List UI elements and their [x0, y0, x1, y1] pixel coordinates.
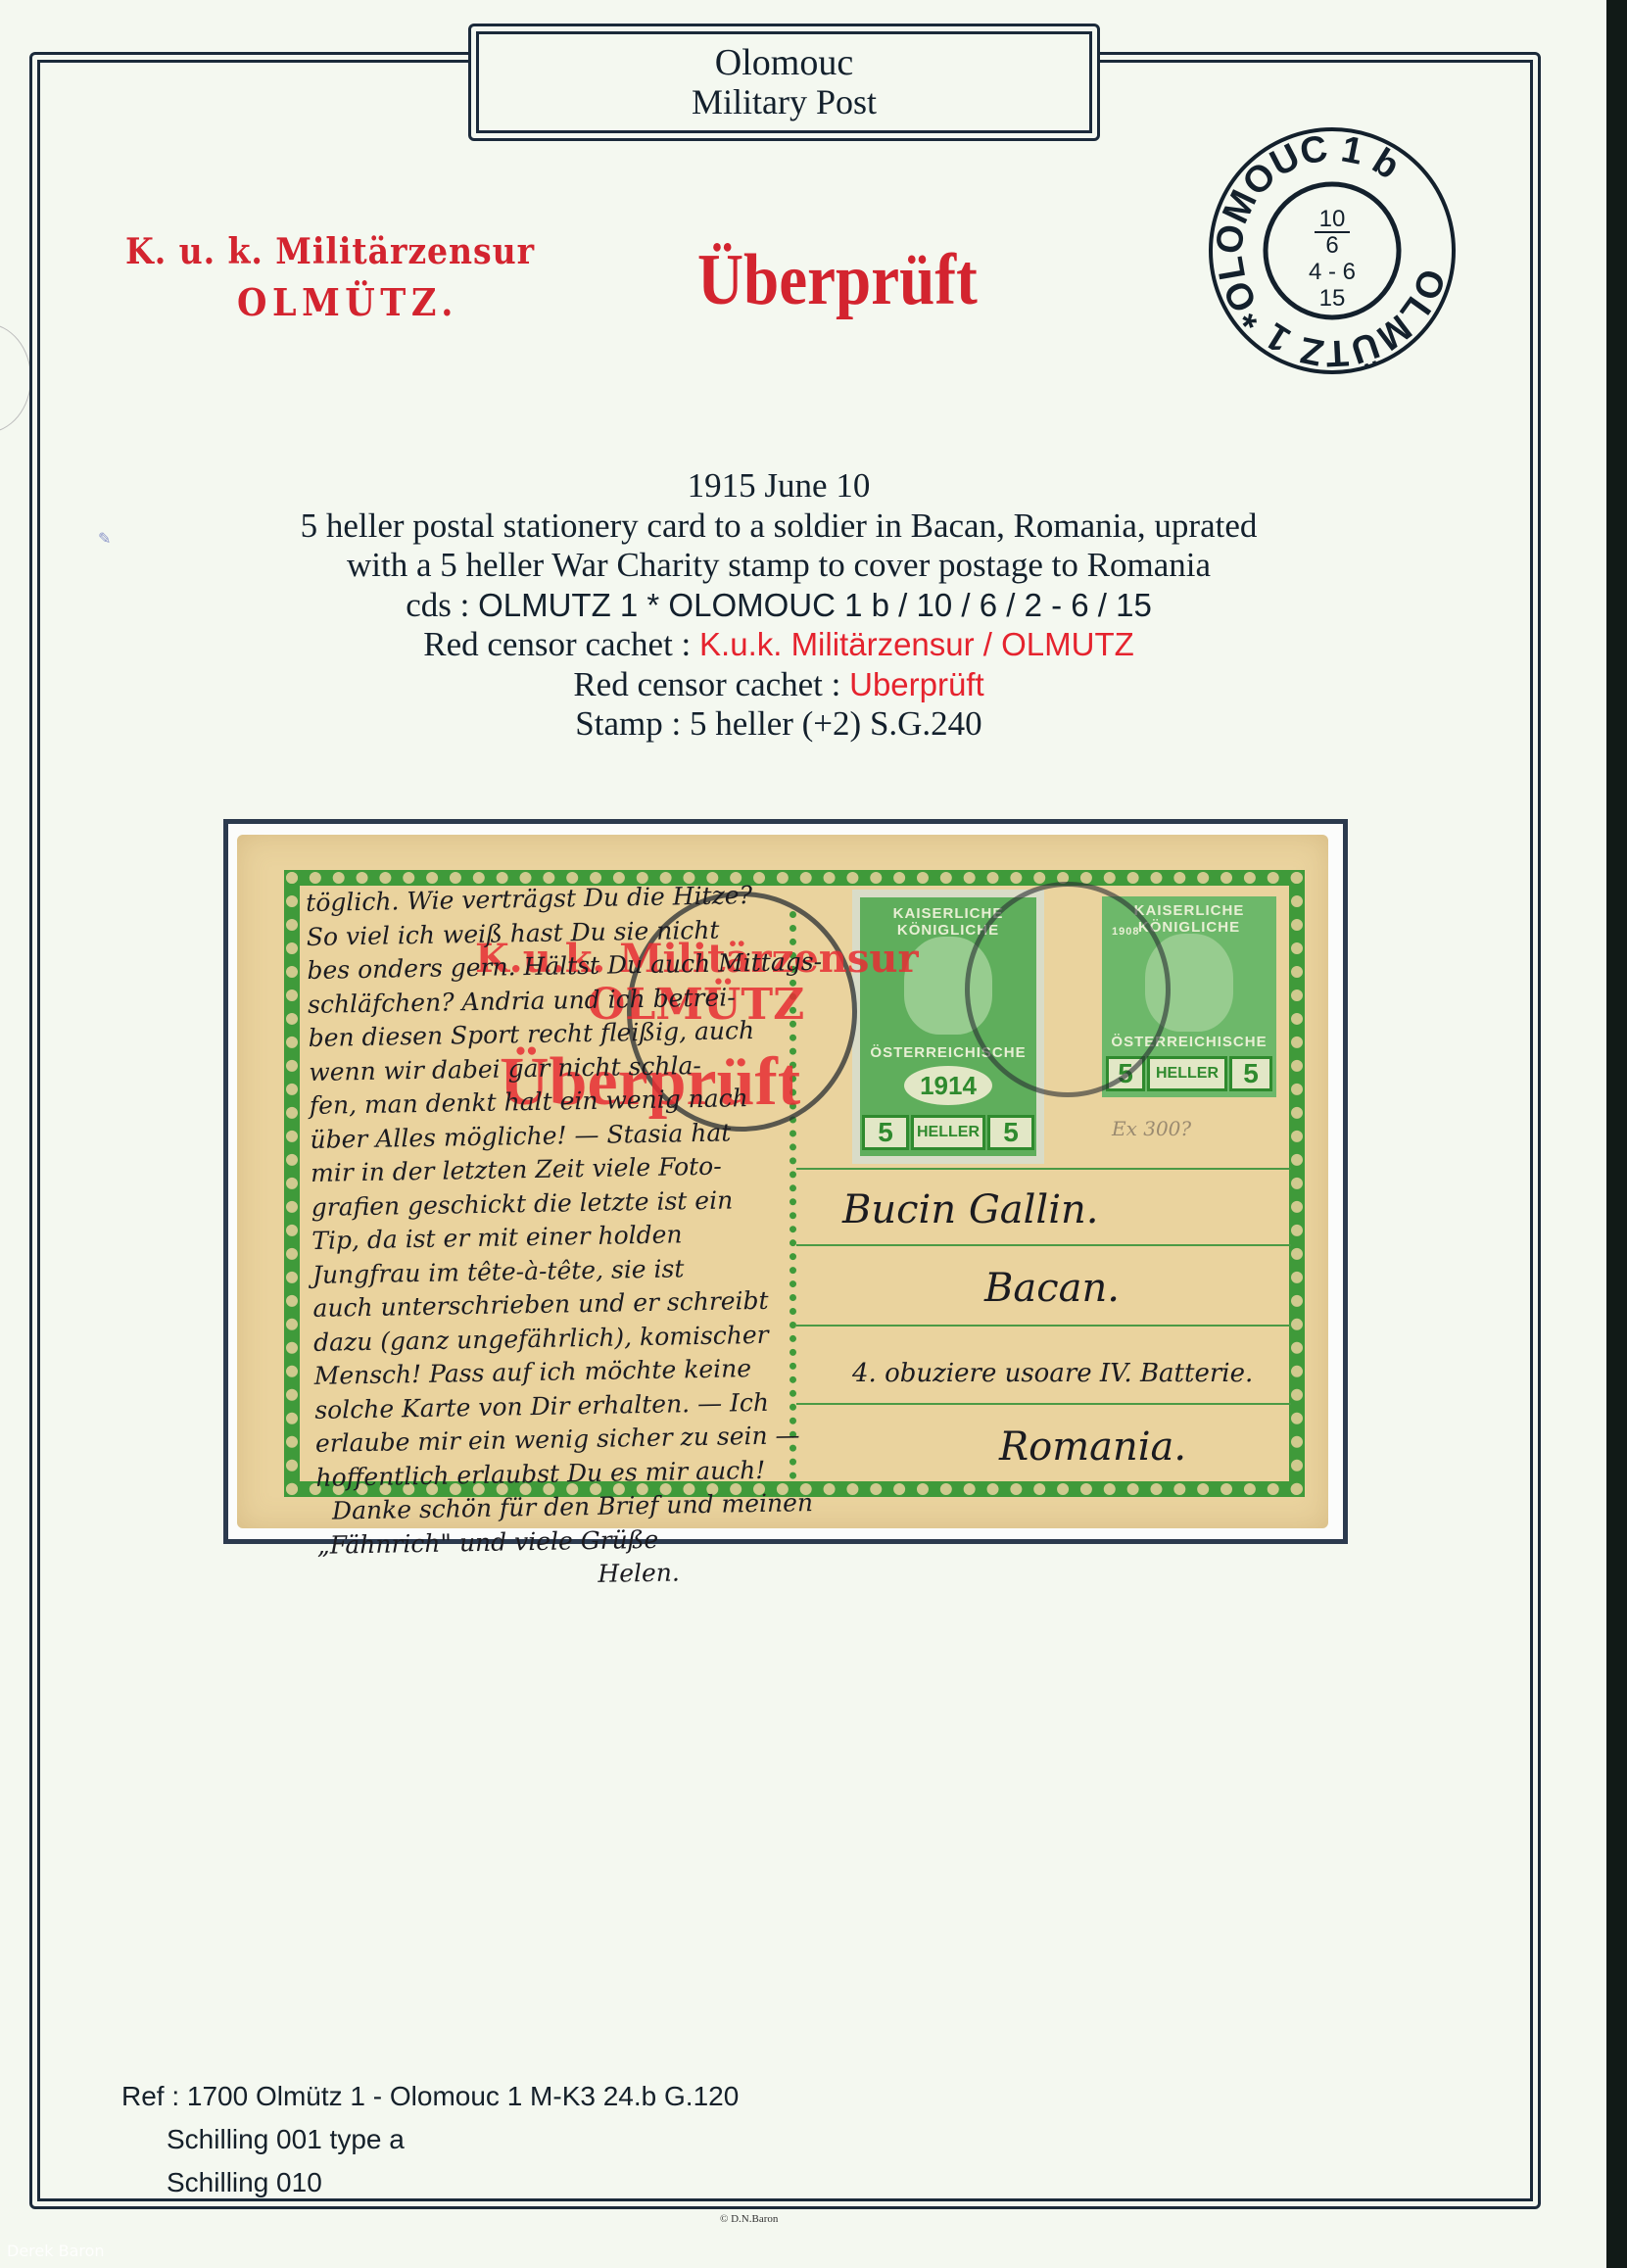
item-description: 1915 June 10 5 heller postal stationery …: [225, 466, 1332, 745]
postmark-day: 10: [1319, 206, 1346, 232]
address-town: Bacan.: [984, 1272, 1120, 1306]
censor-cachet-line1: K. u. k. Militärzensur: [125, 231, 535, 272]
postmark-icon: OLMÜTZ 1 *OLOMOUC 1 b 10 6 4 - 6 15: [1207, 125, 1458, 376]
desc-line3: with a 5 heller War Charity stamp to cov…: [225, 546, 1332, 586]
postmark-hours: 4 - 6: [1309, 259, 1356, 285]
cachet1-label: Red censor cachet :: [423, 625, 699, 663]
cds-label: cds :: [406, 586, 478, 624]
address-rule: [796, 1403, 1291, 1405]
watermark: Derek Baron: [7, 2242, 105, 2260]
address-rule: [796, 1168, 1291, 1170]
stamp-value-label: HELLER: [911, 1115, 985, 1150]
checked-cachet: Überprüft: [697, 239, 978, 322]
stamp-year: 1914: [904, 1066, 992, 1105]
address-rule: [796, 1325, 1291, 1327]
cachet1-value: K.u.k. Militärzensur / OLMUTZ: [699, 626, 1134, 662]
stamp-value-left: 5: [862, 1115, 909, 1150]
censor-cachet-line2: OLMÜTZ.: [237, 280, 458, 324]
ink-smudge: ✎: [98, 529, 127, 551]
desc-stamp: Stamp : 5 heller (+2) S.G.240: [225, 704, 1332, 745]
copyright-notice: © D.N.Baron: [720, 2213, 778, 2225]
cachet2-value: Uberprüft: [849, 666, 984, 702]
address-country: Romania.: [999, 1430, 1186, 1465]
indicium-value-label: HELLER: [1147, 1056, 1227, 1091]
reference-line2: Schilling 001 type a: [167, 2118, 405, 2161]
desc-cachet2: Red censor cachet : Uberprüft: [225, 665, 1332, 705]
reference-line1: Ref : 1700 Olmütz 1 - Olomouc 1 M-K3 24.…: [121, 2075, 739, 2118]
address-rule: [796, 1244, 1291, 1246]
scan-edge-strip: [1606, 0, 1627, 2268]
postmark-year: 15: [1319, 285, 1346, 312]
address-unit: 4. obuziere usoare IV. Batterie.: [852, 1357, 1253, 1391]
cds-value: OLMUTZ 1 * OLOMOUC 1 b / 10 / 6 / 2 - 6 …: [478, 587, 1152, 623]
scan-artifact-arc: [0, 323, 31, 433]
stamp-value-right: 5: [987, 1115, 1034, 1150]
desc-date: 1915 June 10: [225, 466, 1332, 507]
pencil-note: Ex 300?: [1112, 1112, 1191, 1146]
desc-cds: cds : OLMUTZ 1 * OLOMOUC 1 b / 10 / 6 / …: [225, 586, 1332, 626]
handwritten-message: töglich. Wie verträgst Du die Hitze? So …: [306, 878, 798, 1596]
title-subtitle: Military Post: [692, 82, 877, 121]
address-name: Bucin Gallin.: [842, 1193, 1098, 1228]
page-title: Olomouc Military Post: [476, 31, 1092, 133]
desc-line2: 5 heller postal stationery card to a sol…: [225, 507, 1332, 547]
indicium-value-right: 5: [1229, 1056, 1272, 1091]
desc-cachet1: Red censor cachet : K.u.k. Militärzensur…: [225, 625, 1332, 665]
title-town: Olomouc: [715, 43, 853, 82]
cachet2-label: Red censor cachet :: [573, 665, 849, 703]
reference-line3: Schilling 010: [167, 2161, 322, 2204]
cancellation-mark-icon: [965, 882, 1171, 1097]
postmark-month: 6: [1325, 232, 1338, 259]
